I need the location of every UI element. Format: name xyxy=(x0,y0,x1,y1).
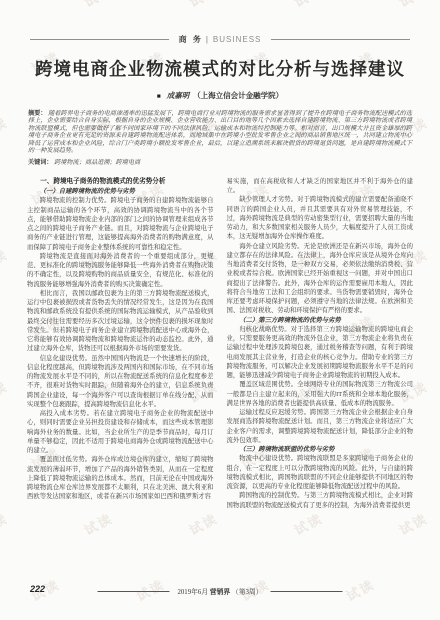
body-paragraph: 高投入成本劣势。若在建立跨境电子商务企业的物流配送中心，则同时需要企业另担投资建… xyxy=(27,409,214,455)
abstract-block: 摘要： 随着跨界电子商务的电商渗透率的迅猛发展下，跨境电商行业对跨境物流的服务需… xyxy=(28,110,412,156)
body-paragraph: 缺少管理人才劣势。对于跨境物流模式的建立需要配备通晓不同语言的跨国企业人员，并且… xyxy=(227,195,414,241)
subsection-heading: （三）跨境物流联盟的优势与劣势 xyxy=(227,445,414,454)
author-line: ■ 成嘉明 （上海立信会计金融学院） xyxy=(0,90,440,101)
watermark-stamp: 试读 xyxy=(395,0,430,11)
keywords-text: 跨境物流；商品追溯；跨境电商 xyxy=(54,160,140,166)
journal-page: 试读试读试读试读试读试读试读试读试读试读试读试读试读试读试读试读试读试读试读试读… xyxy=(0,0,440,620)
journal-name: 营销界 xyxy=(210,589,230,596)
abstract-label: 摘要： xyxy=(28,110,47,117)
right-column: 易实施，而在高税收和人才缺乏的国家地区并不利于海外仓的建立。缺少管理人才劣势。对… xyxy=(227,177,414,549)
body-paragraph: 相比而言，我国以邮政包裹为主的第三方跨境物流配送模式，运行中包裹被损毁或者货物丢… xyxy=(27,289,214,354)
watermark-stamp: 试读 xyxy=(290,0,325,11)
body-paragraph: 跨国物流的控制优势。与第三方跨境物流模式相比，企业对跨国物流联盟的物流配送模式有… xyxy=(227,491,414,510)
section-header: 商 务 | BUSINESS xyxy=(30,34,410,45)
keywords-label: 关键词： xyxy=(28,159,53,166)
page-number: 222 xyxy=(30,584,45,594)
subsection-heading: （二）第三方跨境物流的优势与劣势 xyxy=(227,316,414,325)
body-paragraph: 覆盖面过低劣势。海外仓库或边境仓库的建立，缩短了跨境物流发展的薄弱环节，增加了产… xyxy=(27,455,214,501)
body-paragraph: 海外仓建立风险劣势。无论是欧洲还是在新兴市场，海外仓的建立都存在的法律风险。在法… xyxy=(227,242,414,316)
body-paragraph: 归核化战略优势。对于选择第三方跨境运输物流的跨境电商企业，只需要服务更高效的物流… xyxy=(227,325,414,381)
subsection-heading: （一）自建跨境物流的优势与劣势 xyxy=(27,187,214,196)
author-bullet-icon: ■ xyxy=(157,93,161,100)
section-label: 商 务 | BUSINESS xyxy=(169,34,272,45)
author-affiliation: （上海立信会计金融学院） xyxy=(193,91,283,100)
article-body: 一、跨境电子商务的物流模式的优劣势分析（一）自建跨境物流的优势与劣势跨境物流的控… xyxy=(27,177,413,549)
body-paragraph: 信息化建设优势。虽然中国国内物流是一个快速增长的阶段，信息化程度越高，但跨境物流… xyxy=(27,354,214,410)
header-rule-left xyxy=(30,39,169,40)
article-title: 跨境电商企业物流模式的对比分析与选择建议 xyxy=(20,59,420,81)
issue-number: （第3周） xyxy=(232,589,263,596)
section-name-en: BUSINESS xyxy=(213,35,261,44)
footer-rule-right xyxy=(270,591,342,592)
watermark-stamp: 试读 xyxy=(185,0,220,11)
body-paragraph: 运输过程反应迟缓劣势。跨国第三方物流企业会根据企业自身发展商选择跨境物流配送计划… xyxy=(227,408,414,445)
body-paragraph: 跨境物流是直接面对海外消费者的一个重要组成部分，更规范、更标准化的跨境物流服务能… xyxy=(27,252,214,289)
issue-text: 2019年6月 营销界 （第3周） xyxy=(170,586,271,596)
page-footer: 222 2019年6月 营销界 （第3周） xyxy=(0,584,440,596)
page-content: 商 务 | BUSINESS 跨境电商企业物流模式的对比分析与选择建议 ■ 成嘉… xyxy=(0,34,440,549)
left-column: 一、跨境电子商务的物流模式的优劣势分析（一）自建跨境物流的优势与劣势跨境物流的控… xyxy=(27,177,214,549)
body-paragraph: 跨境物流的控制力优势。跨境电子商务的自建跨境物流能够自主控制商品运输的各个环节，… xyxy=(27,196,214,252)
section-divider: | xyxy=(206,35,210,44)
abstract-text: 随着跨界电子商务的电商渗透率的迅猛发展下，跨境电商行业对跨境物流的服务需求显著得… xyxy=(28,111,412,155)
body-paragraph: 覆盖区域范围优势。全球网络专业的国际物流第三方物流公司一般都是自主建立起来的，采… xyxy=(227,380,414,408)
issue-date: 2019年6月 xyxy=(178,589,209,596)
author-name: 成嘉明 xyxy=(167,91,190,100)
section-name-cn: 商 务 xyxy=(179,34,203,45)
body-paragraph: 物流中心建设优势。跨境物流联盟是多家跨境电子商务企业的组合，在一定程度上可以分散… xyxy=(227,454,414,491)
footer-rule-left xyxy=(98,591,170,592)
watermark-stamp: 试读 xyxy=(0,0,11,11)
issue-line: 2019年6月 营销界 （第3周） xyxy=(98,586,343,596)
section-heading: 一、跨境电子商务的物流模式的优劣势分析 xyxy=(27,177,214,186)
body-paragraph: 易实施，而在高税收和人才缺乏的国家地区并不利于海外仓的建立。 xyxy=(227,177,414,196)
keywords-block: 关键词： 跨境物流；商品追溯；跨境电商 xyxy=(28,159,412,167)
header-rule-right xyxy=(271,39,410,40)
watermark-stamp: 试读 xyxy=(80,0,115,11)
